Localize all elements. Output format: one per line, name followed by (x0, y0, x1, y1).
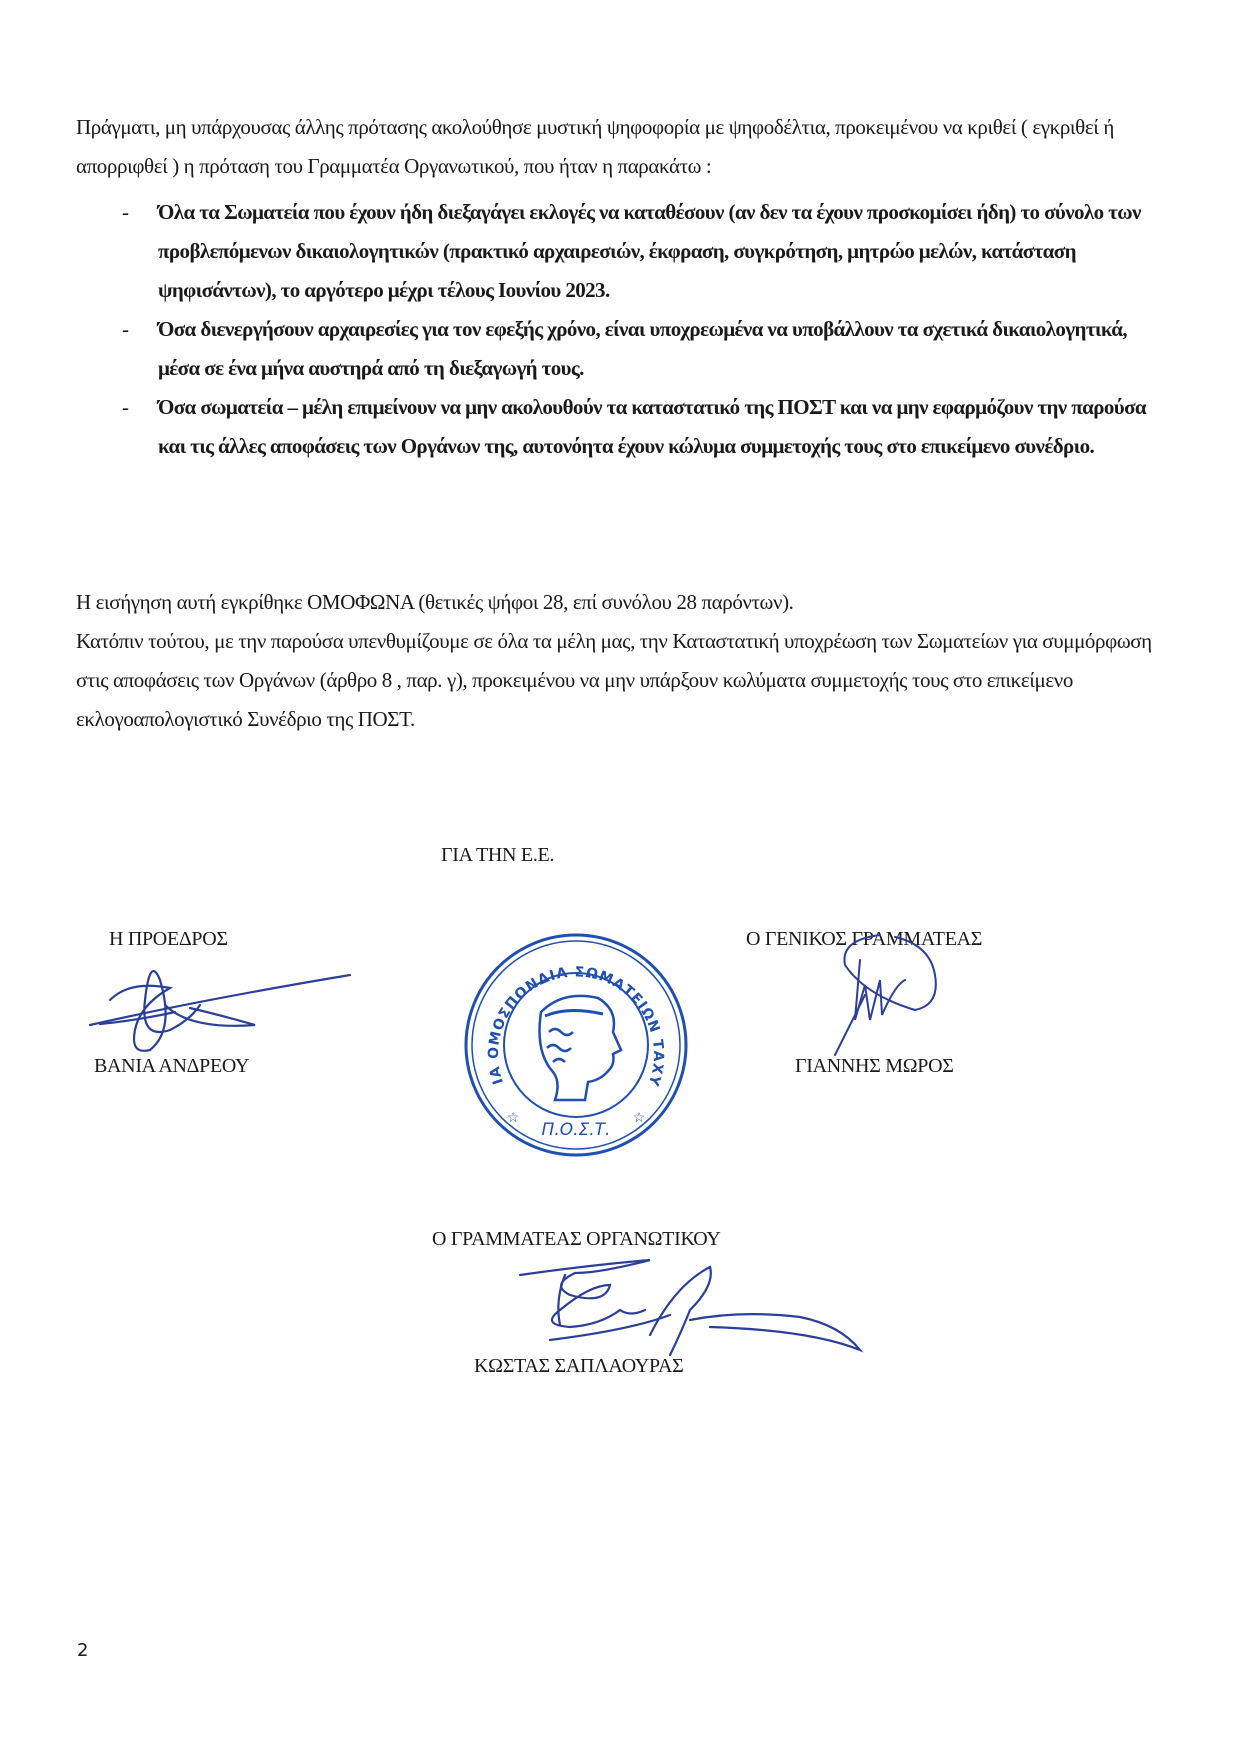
general-secretary-signature-icon (820, 925, 970, 1060)
bullet-item: - Όσα διενεργήσουν αρχαιρεσίες για τον ε… (118, 310, 1168, 388)
reminder-paragraph: Κατόπιν τούτου, με την παρούσα υπενθυμίζ… (76, 622, 1156, 739)
star-icon: ☆ (633, 1111, 646, 1126)
organizational-secretary-title: Ο ΓΡΑΜΜΑΤΕΑΣ ΟΡΓΑΝΩΤΙΚΟΥ (432, 1227, 721, 1251)
bullet-dash: - (122, 193, 128, 232)
president-signature-icon (80, 960, 360, 1060)
organizational-secretary-signature-icon (510, 1255, 900, 1365)
hermes-head-icon (540, 996, 622, 1100)
general-secretary-name: ΓΙΑΝΝΗΣ ΜΩΡΟΣ (795, 1054, 954, 1078)
bullet-text: Όσα σωματεία – μέλη επιμείνουν να μην ακ… (158, 395, 1146, 458)
organizational-secretary-name: ΚΩΣΤΑΣ ΣΑΠΛΑΟΥΡΑΣ (474, 1354, 683, 1378)
closing-section: Η εισήγηση αυτή εγκρίθηκε ΟΜΟΦΩΝΑ (θετικ… (76, 583, 1156, 739)
page-number: 2 (77, 1640, 88, 1661)
president-name: ΒΑΝΙΑ ΑΝΔΡΕΟΥ (94, 1054, 249, 1078)
approval-line: Η εισήγηση αυτή εγκρίθηκε ΟΜΟΦΩΝΑ (θετικ… (76, 583, 1156, 622)
signatures-heading: ΓΙΑ ΤΗΝ Ε.Ε. (441, 843, 554, 867)
bullet-item: - Όλα τα Σωματεία που έχουν ήδη διεξαγάγ… (118, 193, 1168, 310)
bullet-item: - Όσα σωματεία – μέλη επιμείνουν να μην … (118, 388, 1168, 466)
star-icon: ☆ (507, 1111, 520, 1126)
president-title: Η ΠΡΟΕΔΡΟΣ (109, 927, 228, 951)
bullet-text: Όλα τα Σωματεία που έχουν ήδη διεξαγάγει… (158, 200, 1141, 302)
union-stamp-icon: ΠΑΝΕΛΛΗΝΙΑ ΟΜΟΣΠΟΝΔΙΑ ΣΩΜΑΤΕΙΩΝ ΤΑΧΥΔΡΟΜ… (463, 932, 689, 1158)
proposal-bullet-list: - Όλα τα Σωματεία που έχουν ήδη διεξαγάγ… (118, 193, 1168, 466)
bullet-dash: - (122, 310, 128, 349)
intro-paragraph: Πράγματι, μη υπάρχουσας άλλης πρότασης α… (76, 108, 1156, 186)
bullet-text: Όσα διενεργήσουν αρχαιρεσίες για τον εφε… (158, 317, 1127, 380)
stamp-bottom-text: Π.Ο.Σ.Τ. (542, 1120, 611, 1140)
bullet-dash: - (122, 388, 128, 427)
document-page: Πράγματι, μη υπάρχουσας άλλης πρότασης α… (0, 0, 1240, 1753)
